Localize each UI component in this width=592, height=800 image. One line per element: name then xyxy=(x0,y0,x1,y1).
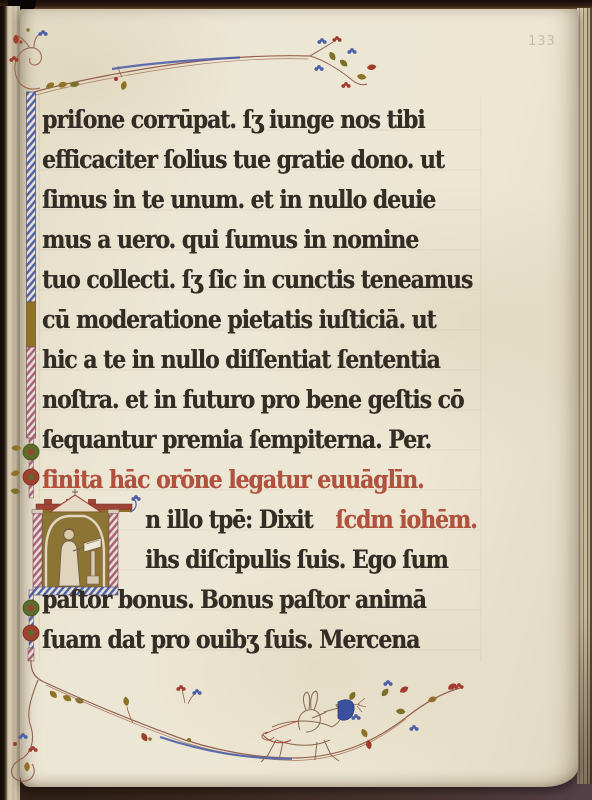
page-edges-right xyxy=(577,8,592,784)
text-line: ſimus in te unum. et in nullo deuie xyxy=(42,180,435,220)
text-line: cū moderatione pietatis iuſticiā. ut xyxy=(42,300,436,340)
text-line: tuo collecti. ſʒ ſic in cunctis teneamus xyxy=(42,260,472,300)
manuscript-photo: priſone corrūpat. ſʒ iunge nos tibi effi… xyxy=(0,0,592,800)
text-line: hic a te in nullo diſſentiat ſententia xyxy=(42,340,440,380)
text-line: ſuam dat pro ouibʒ ſuis. Mercena xyxy=(42,620,419,660)
text-line: ſequantur premia ſempiterna. Per. xyxy=(42,420,431,460)
text-line: n illo tpē: Dixit ſcdm iohēm. xyxy=(145,500,477,540)
book-gutter-left xyxy=(0,6,20,800)
text-line: paſtor bonus. Bonus paſtor animā xyxy=(42,580,426,620)
text-line: ihs diſcipulis ſuis. Ego ſum xyxy=(145,540,448,580)
text-line: noſtra. et in futuro pro bene geſtis cō xyxy=(42,380,463,420)
text-line: mus a uero. qui ſumus in nomine xyxy=(42,220,418,260)
rubric-line: finita hāc orōne legatur euuāglīn. xyxy=(42,460,424,500)
rubric-secundum: ſcdm iohēm. xyxy=(335,500,477,540)
folio-number: 133 xyxy=(528,34,556,49)
gospel-incipit: n illo tpē: Dixit xyxy=(145,500,313,540)
text-line: efficaciter ſolius tue gratie dono. ut xyxy=(42,140,444,180)
text-line: priſone corrūpat. ſʒ iunge nos tibi xyxy=(42,100,425,140)
